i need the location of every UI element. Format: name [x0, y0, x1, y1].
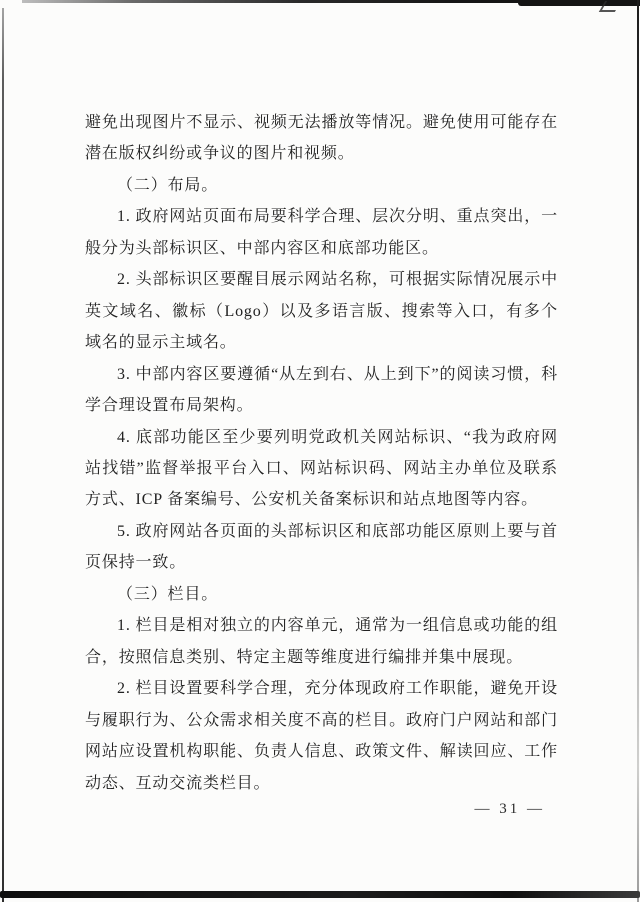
scan-artifact-left-edge	[2, 8, 4, 902]
scan-artifact-bottom-edge	[0, 891, 640, 898]
paragraph-layout-item-3: 3. 中部内容区要遵循“从左到右、从上到下”的阅读习惯，科学合理设置布局架构。	[85, 359, 558, 422]
paragraph-layout-item-2: 2. 头部标识区要醒目展示网站名称，可根据实际情况展示中英文域名、徽标（Logo…	[85, 264, 558, 358]
paragraph-columns-item-1: 1. 栏目是相对独立的内容单元，通常为一组信息或功能的组合，按照信息类别、特定主…	[85, 610, 558, 673]
document-body: 避免出现图片不显示、视频无法播放等情况。避免使用可能存在潜在版权纠纷或争议的图片…	[85, 107, 558, 799]
document-page: 避免出现图片不显示、视频无法播放等情况。避免使用可能存在潜在版权纠纷或争议的图片…	[0, 0, 640, 902]
paragraph-layout-item-5: 5. 政府网站各页面的头部标识区和底部功能区原则上要与首页保持一致。	[85, 516, 558, 579]
paragraph-continuation: 避免出现图片不显示、视频无法播放等情况。避免使用可能存在潜在版权纠纷或争议的图片…	[85, 107, 558, 170]
paragraph-layout-item-1: 1. 政府网站页面布局要科学合理、层次分明、重点突出，一般分为头部标识区、中部内…	[85, 201, 558, 264]
scan-artifact-top-right-edge	[518, 0, 640, 6]
section-heading-layout: （二）布局。	[85, 170, 558, 201]
section-heading-columns: （三）栏目。	[85, 579, 558, 610]
scan-artifact-right-edge	[637, 0, 639, 902]
paragraph-columns-item-2: 2. 栏目设置要科学合理，充分体现政府工作职能，避免开设与履职行为、公众需求相关…	[85, 673, 558, 799]
page-number: — 31 —	[475, 801, 546, 818]
paragraph-layout-item-4: 4. 底部功能区至少要列明党政机关网站标识、“我为政府网站找错”监督举报平台入口…	[85, 422, 558, 516]
